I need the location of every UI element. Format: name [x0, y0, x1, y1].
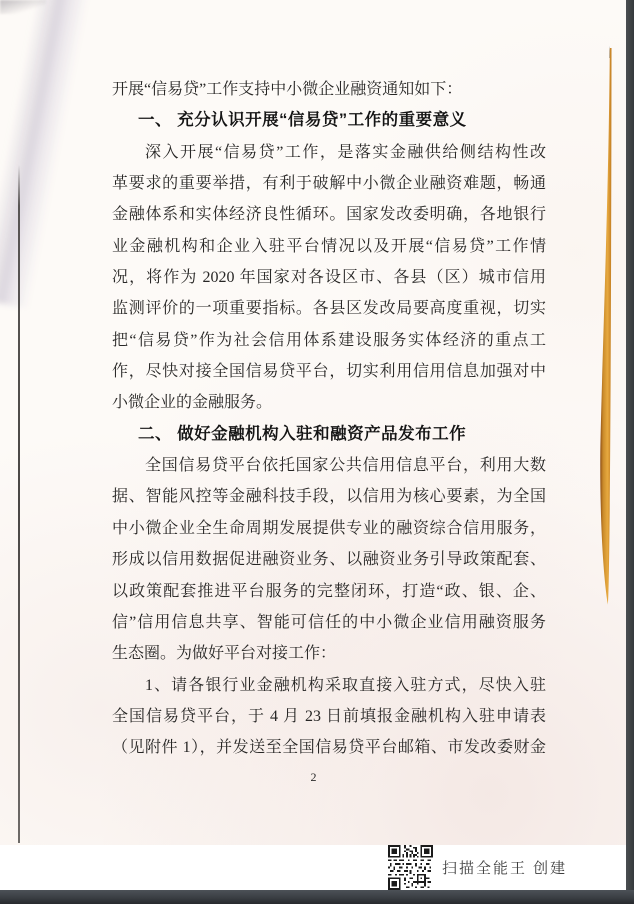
qr-code-icon	[388, 845, 433, 890]
document-body: 开展“信易贷”工作支持中小微企业融资通知如下： 一、 充分认识开展“信易贷”工作…	[112, 74, 546, 764]
page-number: 2	[0, 770, 627, 785]
text-line: 中小微企业全生命周期发展提供专业的融资综合信用服务，	[112, 513, 546, 544]
orange-bookmark-strip	[596, 44, 616, 614]
text-line: 据、智能风控等金融科技手段，以信用为核心要素，为全国	[112, 481, 546, 512]
text-line: 信”信用信息共享、智能可信任的中小微企业信用融资服务	[112, 607, 546, 638]
text-line: 以政策配套推进平台服务的完整闭环，打造“政、银、企、	[112, 576, 546, 607]
scan-bottom-edge	[0, 890, 634, 904]
page-fold-shadow	[0, 0, 94, 309]
scanner-footer: 扫描全能王 创建	[388, 845, 567, 890]
left-crease-line	[18, 165, 20, 843]
text-line: 把“信易贷”作为社会信用体系建设服务实体经济的重点工	[112, 325, 546, 356]
section-heading-2: 二、 做好金融机构入驻和融资产品发布工作	[112, 419, 546, 450]
text-line: （见附件 1），并发送至全国信易贷平台邮箱、市发改委财金	[112, 732, 546, 763]
text-line: 深入开展“信易贷”工作，是落实金融供给侧结构性改	[112, 137, 546, 168]
scan-right-edge	[626, 0, 634, 904]
text-line: 况，将作为 2020 年国家对各设区市、各县（区）城市信用	[112, 262, 546, 293]
text-line: 业金融机构和企业入驻平台情况以及开展“信易贷”工作情	[112, 231, 546, 262]
text-line: 革要求的重要举措，有利于破解中小微企业融资难题，畅通	[112, 168, 546, 199]
text-line: 作，尽快对接全国信易贷平台，切实利用信用信息加强对中	[112, 356, 546, 387]
text-line: 监测评价的一项重要指标。各县区发改局要高度重视，切实	[112, 293, 546, 324]
corner-shadow	[0, 0, 46, 14]
text-line: 金融体系和实体经济良性循环。国家发改委明确，各地银行	[112, 199, 546, 230]
section-heading-1: 一、 充分认识开展“信易贷”工作的重要意义	[112, 105, 546, 136]
text-line: 全国信易贷平台依托国家公共信用信息平台，利用大数	[112, 450, 546, 481]
text-line: 1、请各银行业金融机构采取直接入驻方式，尽快入驻	[112, 670, 546, 701]
paper-sheet: 开展“信易贷”工作支持中小微企业融资通知如下： 一、 充分认识开展“信易贷”工作…	[0, 0, 627, 845]
text-line: 形成以信用数据促进融资业务、以融资业务引导政策配套、	[112, 544, 546, 575]
text-line: 全国信易贷平台，于 4 月 23 日前填报金融机构入驻申请表	[112, 701, 546, 732]
text-line: 生态圈。为做好平台对接工作：	[112, 638, 546, 669]
text-line: 开展“信易贷”工作支持中小微企业融资通知如下：	[112, 74, 546, 105]
text-line: 小微企业的金融服务。	[112, 387, 546, 418]
scanned-page: 开展“信易贷”工作支持中小微企业融资通知如下： 一、 充分认识开展“信易贷”工作…	[0, 0, 634, 904]
scanner-attribution: 扫描全能王 创建	[442, 857, 567, 878]
